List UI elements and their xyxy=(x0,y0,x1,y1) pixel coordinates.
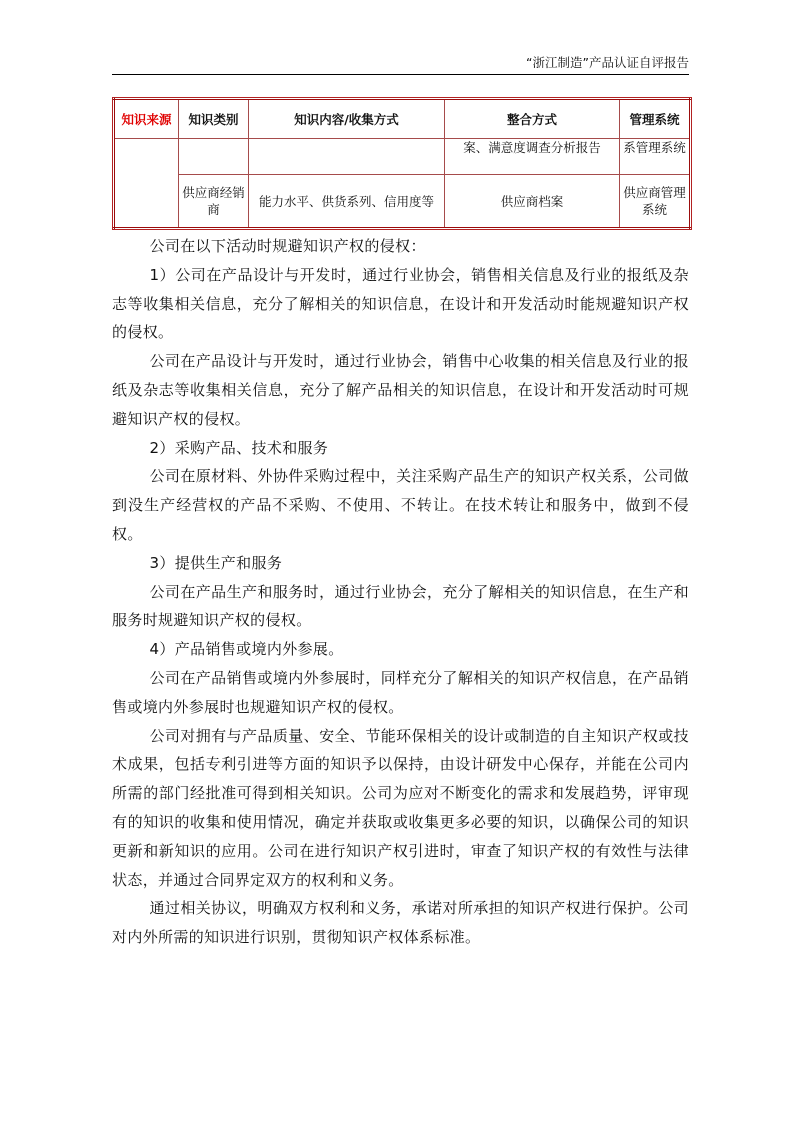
paragraph-intro: 公司在以下活动时规避知识产权的侵权： xyxy=(112,232,689,261)
paragraph-item-2-heading: 2）采购产品、技术和服务 xyxy=(112,434,689,463)
paragraph-sales-exhibition: 公司在产品销售或境内外参展时，同样充分了解相关的知识产权信息，在产品销售或境内外… xyxy=(112,664,689,722)
paragraph-item-1: 1）公司在产品设计与开发时，通过行业协会，销售相关信息及行业的报纸及杂志等收集相… xyxy=(112,261,689,347)
page-header: “浙江制造”产品认证自评报告 xyxy=(112,56,689,75)
table-header-row: 知识来源 知识类别 知识内容/收集方式 整合方式 管理系统 xyxy=(114,99,691,139)
paragraph-item-3-heading: 3）提供生产和服务 xyxy=(112,549,689,578)
cell-source-merged xyxy=(114,139,179,229)
table-row: 供应商经销商 能力水平、供货系列、信用度等 供应商档案 供应商管理系统 xyxy=(114,175,691,229)
column-header-integration: 整合方式 xyxy=(445,99,620,139)
document-body: 公司在以下活动时规避知识产权的侵权： 1）公司在产品设计与开发时，通过行业协会，… xyxy=(112,232,689,952)
paragraph-agreements: 通过相关协议，明确双方权利和义务，承诺对所承担的知识产权进行保护。公司对内外所需… xyxy=(112,894,689,952)
knowledge-source-table: 知识来源 知识类别 知识内容/收集方式 整合方式 管理系统 案、满意度调查分析报… xyxy=(112,97,692,230)
paragraph-design-dev: 公司在产品设计与开发时，通过行业协会，销售中心收集的相关信息及行业的报纸及杂志等… xyxy=(112,347,689,433)
paragraph-production-service: 公司在产品生产和服务时，通过行业协会，充分了解相关的知识信息，在生产和服务时规避… xyxy=(112,578,689,636)
column-header-management-system: 管理系统 xyxy=(620,99,691,139)
paragraph-item-4-heading: 4）产品销售或境内外参展。 xyxy=(112,635,689,664)
cell-system: 系管理系统 xyxy=(620,139,691,175)
paragraph-ip-maintenance: 公司对拥有与产品质量、安全、节能环保相关的设计或制造的自主知识产权或技术成果，包… xyxy=(112,722,689,895)
cell-category xyxy=(179,139,249,175)
table-row: 案、满意度调查分析报告 系管理系统 xyxy=(114,139,691,175)
column-header-content-collection: 知识内容/收集方式 xyxy=(249,99,445,139)
cell-content: 能力水平、供货系列、信用度等 xyxy=(249,175,445,229)
cell-integration: 供应商档案 xyxy=(445,175,620,229)
cell-content xyxy=(249,139,445,175)
paragraph-procurement: 公司在原材料、外协件采购过程中，关注采购产品生产的知识产权关系，公司做到没生产经… xyxy=(112,462,689,548)
cell-system: 供应商管理系统 xyxy=(620,175,691,229)
report-title: “浙江制造”产品认证自评报告 xyxy=(526,55,689,70)
column-header-knowledge-source: 知识来源 xyxy=(114,99,179,139)
column-header-knowledge-category: 知识类别 xyxy=(179,99,249,139)
cell-category: 供应商经销商 xyxy=(179,175,249,229)
cell-integration: 案、满意度调查分析报告 xyxy=(445,139,620,175)
